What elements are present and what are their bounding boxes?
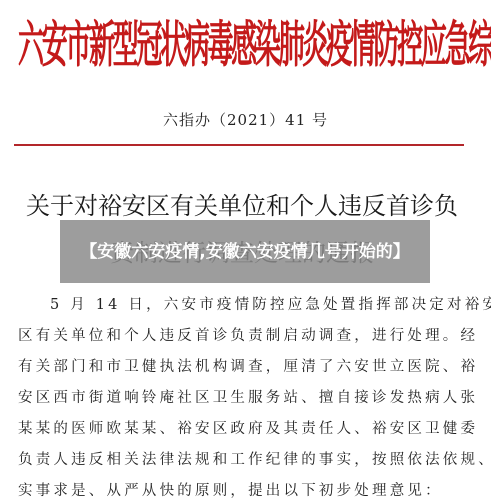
body-line: 实事求是、从严从快的原则，提出以下初步处理意见：: [18, 476, 468, 503]
red-divider: [14, 144, 464, 146]
document-body: 5 月 14 日，六安市疫情防控应急处置指挥部决定对裕安 区有关单位和个人违反首…: [18, 290, 468, 503]
body-line: 有关部门和市卫健执法机构调查，厘清了六安世立医院、裕: [18, 352, 468, 383]
document-number: 六指办（2021）41 号: [0, 109, 491, 130]
body-line: 负责人违反相关法律法规和工作纪律的事实，按照依法依规、: [18, 445, 468, 476]
document-image: 六安市新型冠状病毒感染肺炎疫情防控应急综合指挥部办公室文件 六指办（2021）4…: [0, 0, 491, 503]
document-title-line-1: 关于对裕安区有关单位和个人违反首诊负: [26, 186, 466, 221]
body-line: 5 月 14 日，六安市疫情防控应急处置指挥部决定对裕安: [18, 290, 468, 321]
body-line: 安区西市街道响铃庵社区卫生服务站、擅自接诊发热病人张: [18, 383, 468, 414]
caption-overlay: 【安徽六安疫情,安徽六安疫情几号开始的】: [60, 220, 430, 283]
body-line: 某某的医师欧某某、裕安区政府及其责任人、裕安区卫健委: [18, 414, 468, 445]
caption-text: 【安徽六安疫情,安徽六安疫情几号开始的】: [75, 241, 415, 263]
body-line: 区有关单位和个人违反首诊负责制启动调查，进行处理。经: [18, 321, 468, 352]
issuer-header: 六安市新型冠状病毒感染肺炎疫情防控应急综合指挥部办公室文件: [18, 0, 466, 113]
